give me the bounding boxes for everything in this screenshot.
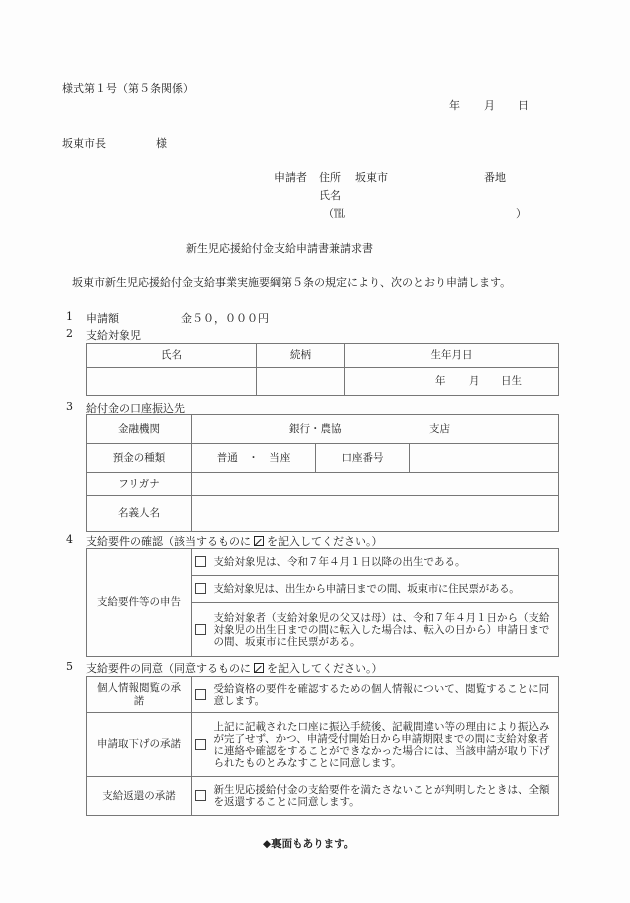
account-number-label: 口座番号 bbox=[316, 444, 410, 473]
requirement-3-checkbox[interactable] bbox=[195, 624, 206, 635]
address-label: 住所 bbox=[319, 169, 341, 185]
requirement-2-checkbox[interactable] bbox=[195, 583, 206, 594]
requirement-1-checkbox[interactable] bbox=[195, 556, 206, 567]
checkmark-box-icon bbox=[254, 536, 264, 546]
header-name: 氏名 bbox=[87, 344, 257, 368]
section4-label-post: を記入してください。） bbox=[267, 535, 383, 548]
furigana-label: フリガナ bbox=[87, 473, 192, 496]
bank-suffix: 銀行・農協 bbox=[289, 423, 342, 436]
document-title: 新生児応援給付金支給申請書兼請求書 bbox=[186, 240, 373, 256]
consent-refund-checkbox[interactable] bbox=[195, 790, 206, 801]
requirements-table: 支給要件等の申告 支給対象児は、令和７年４月１日以降の出生である。 支給対象児は… bbox=[86, 548, 559, 657]
address-suffix: 番地 bbox=[484, 169, 506, 185]
header-birthdate: 生年月日 bbox=[345, 344, 559, 368]
consent-privacy-checkbox[interactable] bbox=[195, 689, 206, 700]
consent-withdrawal-text: 上記に記載された口座に振込手続後、記載間違い等の理由により振込みが完了せず、かつ… bbox=[210, 713, 559, 777]
consent-table: 個人情報閲覧の承諾 受給資格の要件を確認するための個人情報について、閲覧すること… bbox=[86, 676, 559, 816]
consent-refund-text: 新生児応援給付金の支給要件を満たさないことが判明したときは、全額を返還することに… bbox=[210, 777, 559, 816]
section4-label-pre: 支給要件の確認（該当するものに bbox=[86, 535, 251, 548]
form-number: 様式第１号（第５条関係） bbox=[62, 80, 194, 96]
consent-privacy-label: 個人情報閲覧の承諾 bbox=[87, 677, 192, 713]
requirement-1-text: 支給対象児は、令和７年４月１日以降の出生である。 bbox=[210, 549, 559, 576]
name-label: 氏名 bbox=[319, 187, 341, 203]
applicant-label: 申請者 bbox=[274, 169, 307, 185]
holder-name-field[interactable] bbox=[192, 496, 559, 532]
tel-open: （℡ bbox=[323, 205, 345, 221]
section4-label: 支給要件の確認（該当するものにを記入してください。） bbox=[86, 533, 383, 549]
section2-label: 支給対象児 bbox=[86, 327, 141, 343]
branch-suffix: 支店 bbox=[429, 423, 450, 436]
account-number-field[interactable] bbox=[410, 444, 559, 473]
date-month-label: 月 bbox=[484, 97, 495, 113]
institution-field[interactable]: 銀行・農協 支店 bbox=[192, 415, 559, 444]
section5-label-pre: 支給要件の同意（同意するものに bbox=[86, 662, 251, 675]
intro-text: 坂東市新生児応援給付金支給事業実施要綱第５条の規定により、次のとおり申請します。 bbox=[72, 274, 511, 290]
requirement-3-text: 支給対象者（支給対象児の父又は母）は、令和７年４月１日から（支給対象児の出生日ま… bbox=[210, 603, 559, 657]
furigana-field[interactable] bbox=[192, 473, 559, 496]
consent-withdrawal-label: 申請取下げの承諾 bbox=[87, 713, 192, 777]
consent-refund-label: 支給返還の承諾 bbox=[87, 777, 192, 816]
institution-label: 金融機関 bbox=[87, 415, 192, 444]
deposit-type-label: 預金の種類 bbox=[87, 444, 192, 473]
holder-name-label: 名義人名 bbox=[87, 496, 192, 532]
honorific: 様 bbox=[156, 135, 167, 151]
section5-number: 5 bbox=[66, 660, 73, 673]
address-city: 坂東市 bbox=[355, 169, 388, 185]
deposit-type-options[interactable]: 普通 ・ 当座 bbox=[192, 444, 316, 473]
requirements-declaration-label: 支給要件等の申告 bbox=[87, 549, 192, 657]
child-birthdate-field[interactable]: 年 月 日生 bbox=[345, 368, 559, 396]
consent-withdrawal-checkbox[interactable] bbox=[195, 739, 206, 750]
child-table: 氏名 続柄 生年月日 年 月 日生 bbox=[86, 343, 559, 396]
addressee: 坂東市長 bbox=[62, 135, 106, 151]
section2-number: 2 bbox=[66, 327, 73, 340]
consent-privacy-text: 受給資格の要件を確認するための個人情報について、閲覧することに同意します。 bbox=[210, 677, 559, 713]
section5-label-post: を記入してください。） bbox=[267, 662, 383, 675]
section4-number: 4 bbox=[66, 533, 73, 546]
birth-year-label: 年 bbox=[435, 375, 446, 388]
section1-number: 1 bbox=[66, 310, 73, 323]
checkmark-box-icon bbox=[254, 663, 264, 673]
application-amount: 金５０，０００円 bbox=[181, 310, 269, 326]
tel-close: ） bbox=[516, 205, 527, 221]
child-name-field[interactable] bbox=[87, 368, 257, 396]
child-relation-field[interactable] bbox=[257, 368, 345, 396]
bank-account-table: 金融機関 銀行・農協 支店 預金の種類 普通 ・ 当座 口座番号 フリガナ 名義… bbox=[86, 414, 559, 532]
section1-label: 申請額 bbox=[86, 310, 119, 326]
header-relation: 続柄 bbox=[257, 344, 345, 368]
section3-number: 3 bbox=[66, 400, 73, 413]
back-side-note: ◆裏面もあります。 bbox=[263, 836, 354, 851]
section5-label: 支給要件の同意（同意するものにを記入してください。） bbox=[86, 660, 383, 676]
requirement-2-text: 支給対象児は、出生から申請日までの間、坂東市に住民票がある。 bbox=[210, 576, 559, 603]
birth-day-label: 日生 bbox=[501, 375, 522, 388]
date-day-label: 日 bbox=[518, 97, 529, 113]
birth-month-label: 月 bbox=[469, 375, 480, 388]
date-year-label: 年 bbox=[449, 97, 460, 113]
